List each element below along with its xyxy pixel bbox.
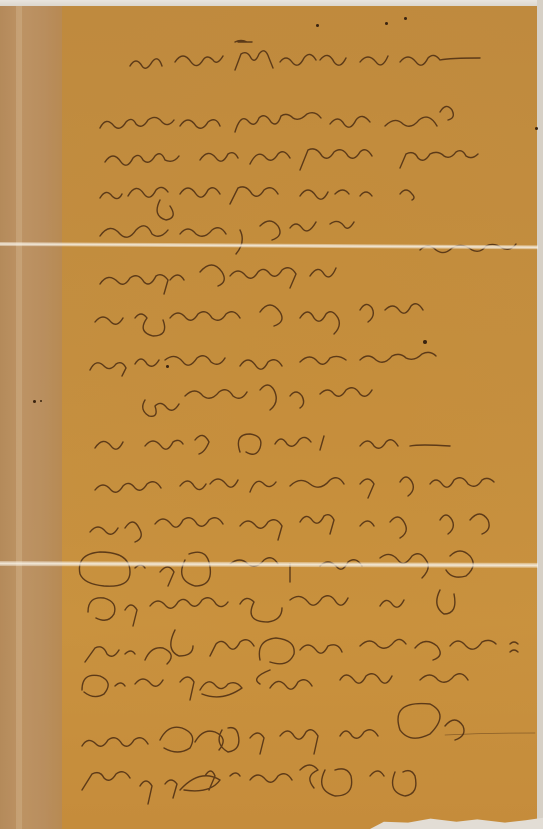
ink-spot	[535, 127, 538, 130]
ink-spot	[385, 22, 388, 25]
ink-spot	[404, 17, 407, 20]
letter-photograph: Tamil (cursive, historical)	[0, 0, 543, 829]
ink-spot	[166, 365, 169, 368]
ink-spot	[40, 400, 42, 402]
handwriting-ink	[0, 0, 543, 829]
ink-spot	[316, 24, 319, 27]
ink-spot	[33, 400, 36, 403]
ink-spot	[423, 340, 427, 344]
